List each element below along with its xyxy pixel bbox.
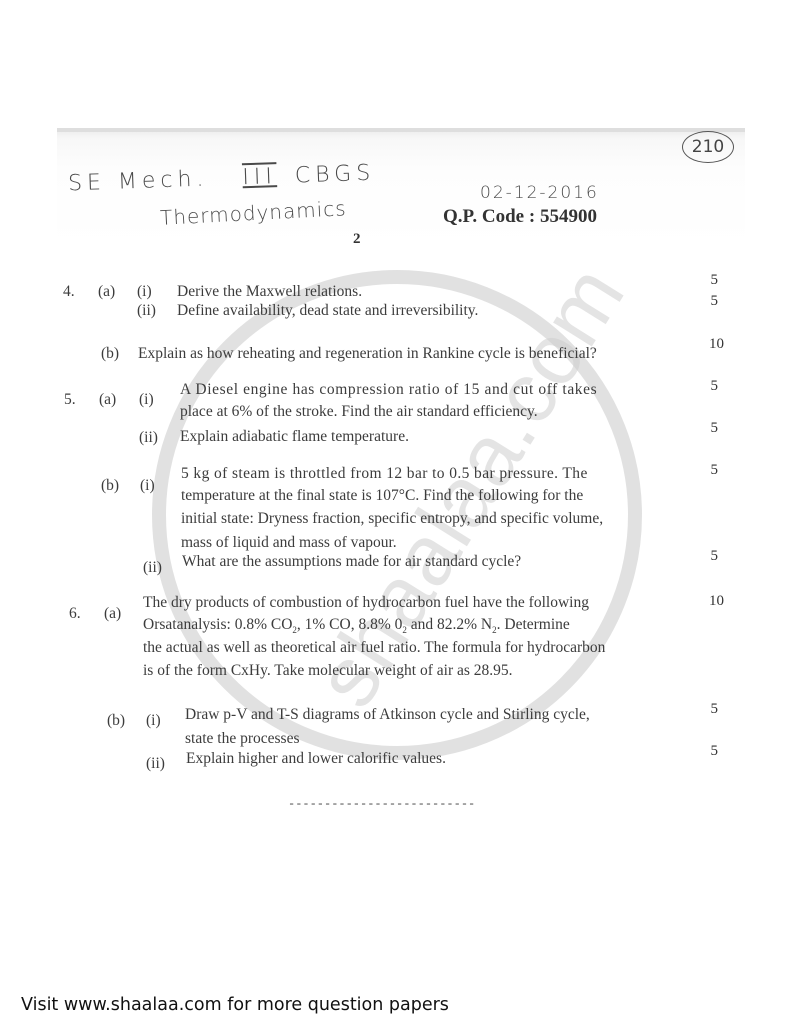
qp-code: Q.P. Code : 554900 xyxy=(443,206,597,228)
question-marks: 5 xyxy=(688,743,718,760)
question-part: (a) xyxy=(99,391,116,409)
question-marks: 5 xyxy=(688,548,718,565)
question-sub: (ii) xyxy=(146,755,165,773)
question-text: state the processes xyxy=(185,730,300,748)
question-marks: 10 xyxy=(684,593,724,610)
question-marks: 5 xyxy=(688,293,718,310)
handwritten-date: 02-12-2016 xyxy=(480,183,599,203)
question-text: 5 kg of steam is throttled from 12 bar t… xyxy=(181,465,588,483)
question-text: mass of liquid and mass of vapour. xyxy=(181,534,397,552)
page-number: 2 xyxy=(353,231,361,248)
question-part: (b) xyxy=(101,477,119,495)
question-sub: (ii) xyxy=(143,559,162,577)
question-number: 5. xyxy=(64,391,76,409)
semester-text: III xyxy=(242,164,277,190)
course-text: SE Mech. xyxy=(68,166,209,196)
page-badge: 210 xyxy=(682,131,734,163)
scan-top-edge xyxy=(57,128,745,132)
question-marks: 5 xyxy=(688,420,718,437)
question-sub: (ii) xyxy=(139,429,158,447)
question-text: A Diesel engine has compression ratio of… xyxy=(180,381,597,399)
question-text: The dry products of combustion of hydroc… xyxy=(143,594,589,612)
question-part: (b) xyxy=(101,345,119,363)
question-marks: 5 xyxy=(688,701,718,718)
question-number: 6. xyxy=(69,605,81,623)
question-marks: 5 xyxy=(688,378,718,395)
question-sub: (i) xyxy=(140,477,155,495)
question-marks: 5 xyxy=(688,462,718,479)
question-text: place at 6% of the stroke. Find the air … xyxy=(180,403,538,421)
question-text: Explain as how reheating and regeneratio… xyxy=(138,345,597,363)
question-marks: 5 xyxy=(688,272,718,289)
scheme-text: CBGS xyxy=(294,161,375,189)
question-text: What are the assumptions made for air st… xyxy=(182,553,521,571)
footer-link-text[interactable]: Visit www.shaalaa.com for more question … xyxy=(21,995,449,1015)
question-part: (b) xyxy=(107,712,125,730)
question-text: Explain higher and lower calorific value… xyxy=(186,750,446,768)
question-part: (a) xyxy=(98,283,115,301)
question-sub: (i) xyxy=(146,712,161,730)
question-sub: (ii) xyxy=(137,302,156,320)
question-text: Orsatanalysis: 0.8% CO2, 1% CO, 8.8% 02 … xyxy=(143,616,570,635)
question-text: Define availability, dead state and irre… xyxy=(177,302,478,320)
question-text: Draw p-V and T-S diagrams of Atkinson cy… xyxy=(185,706,590,724)
question-marks: 10 xyxy=(684,336,724,353)
end-divider: -------------------------- xyxy=(288,797,475,811)
question-text: temperature at the final state is 107°C.… xyxy=(181,487,583,505)
question-sub: (i) xyxy=(137,283,152,301)
question-text: the actual as well as theoretical air fu… xyxy=(143,639,605,657)
question-text: Explain adiabatic flame temperature. xyxy=(180,428,409,446)
question-text: Derive the Maxwell relations. xyxy=(177,283,362,301)
question-part: (a) xyxy=(104,605,121,623)
question-sub: (i) xyxy=(139,391,154,409)
question-number: 4. xyxy=(63,283,75,301)
question-text: initial state: Dryness fraction, specifi… xyxy=(181,510,603,528)
question-text: is of the form CxHy. Take molecular weig… xyxy=(143,662,513,680)
